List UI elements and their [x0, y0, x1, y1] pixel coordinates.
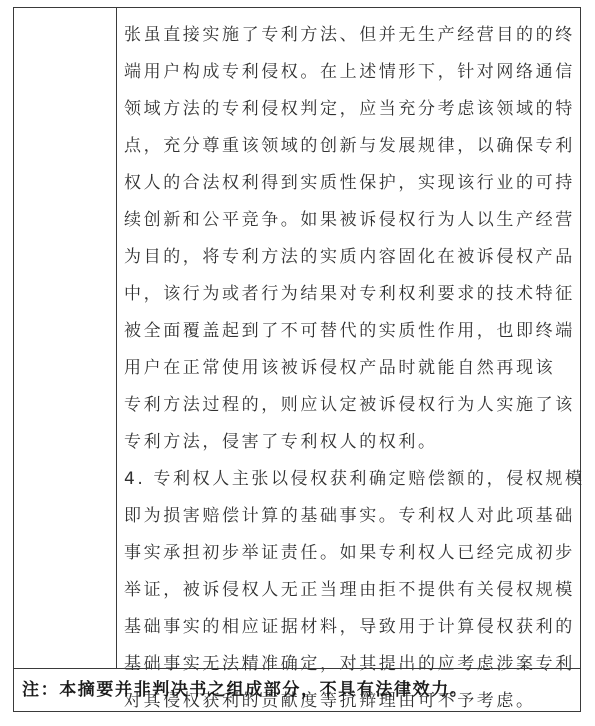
text-line: 事实承担初步举证责任。如果专利权人已经完成初步 — [124, 535, 575, 572]
text-line: 专利方法，侵害了专利权人的权利。 — [124, 424, 575, 461]
text-line: 专利方法过程的，则应认定被诉侵权行为人实施了该 — [124, 387, 575, 424]
footer-note: 注：本摘要并非判决书之组成部分，不具有法律效力。 — [22, 669, 580, 711]
text-line: 用户在正常使用该被诉侵权产品时就能自然再现该 — [124, 350, 575, 387]
text-line: 举证，被诉侵权人无正当理由拒不提供有关侵权规模 — [124, 572, 575, 609]
text-line: 中，该行为或者行为结果对专利权利要求的技术特征 — [124, 276, 575, 313]
text-line: 张虽直接实施了专利方法、但并无生产经营目的的终 — [124, 17, 575, 54]
footer-note-row: 注：本摘要并非判决书之组成部分，不具有法律效力。 — [14, 668, 580, 712]
text-line: 点，充分尊重该领域的创新与发展规律，以确保专利 — [124, 128, 575, 165]
text-line: 权人的合法权利得到实质性保护，实现该行业的可持 — [124, 165, 575, 202]
text-line: 续创新和公平竞争。如果被诉侵权行为人以生产经营 — [124, 202, 575, 239]
content-cell: 张虽直接实施了专利方法、但并无生产经营目的的终 端用户构成专利侵权。在上述情形下… — [117, 8, 581, 668]
summary-table: 张虽直接实施了专利方法、但并无生产经营目的的终 端用户构成专利侵权。在上述情形下… — [13, 7, 581, 712]
text-line: 被全面覆盖起到了不可替代的实质性作用，也即终端 — [124, 313, 575, 350]
text-line: 领域方法的专利侵权判定，应当充分考虑该领域的特 — [124, 91, 575, 128]
text-line: 基础事实的相应证据材料，导致用于计算侵权获利的 — [124, 609, 575, 646]
text-line: 端用户构成专利侵权。在上述情形下，针对网络通信 — [124, 54, 575, 91]
label-cell — [14, 8, 117, 668]
text-line: 为目的，将专利方法的实质内容固化在被诉侵权产品 — [124, 239, 575, 276]
content-row: 张虽直接实施了专利方法、但并无生产经营目的的终 端用户构成专利侵权。在上述情形下… — [14, 8, 580, 668]
text-line: 即为损害赔偿计算的基础事实。专利权人对此项基础 — [124, 498, 575, 535]
text-line: 4. 专利权人主张以侵权获利确定赔偿额的，侵权规模 — [124, 461, 575, 498]
